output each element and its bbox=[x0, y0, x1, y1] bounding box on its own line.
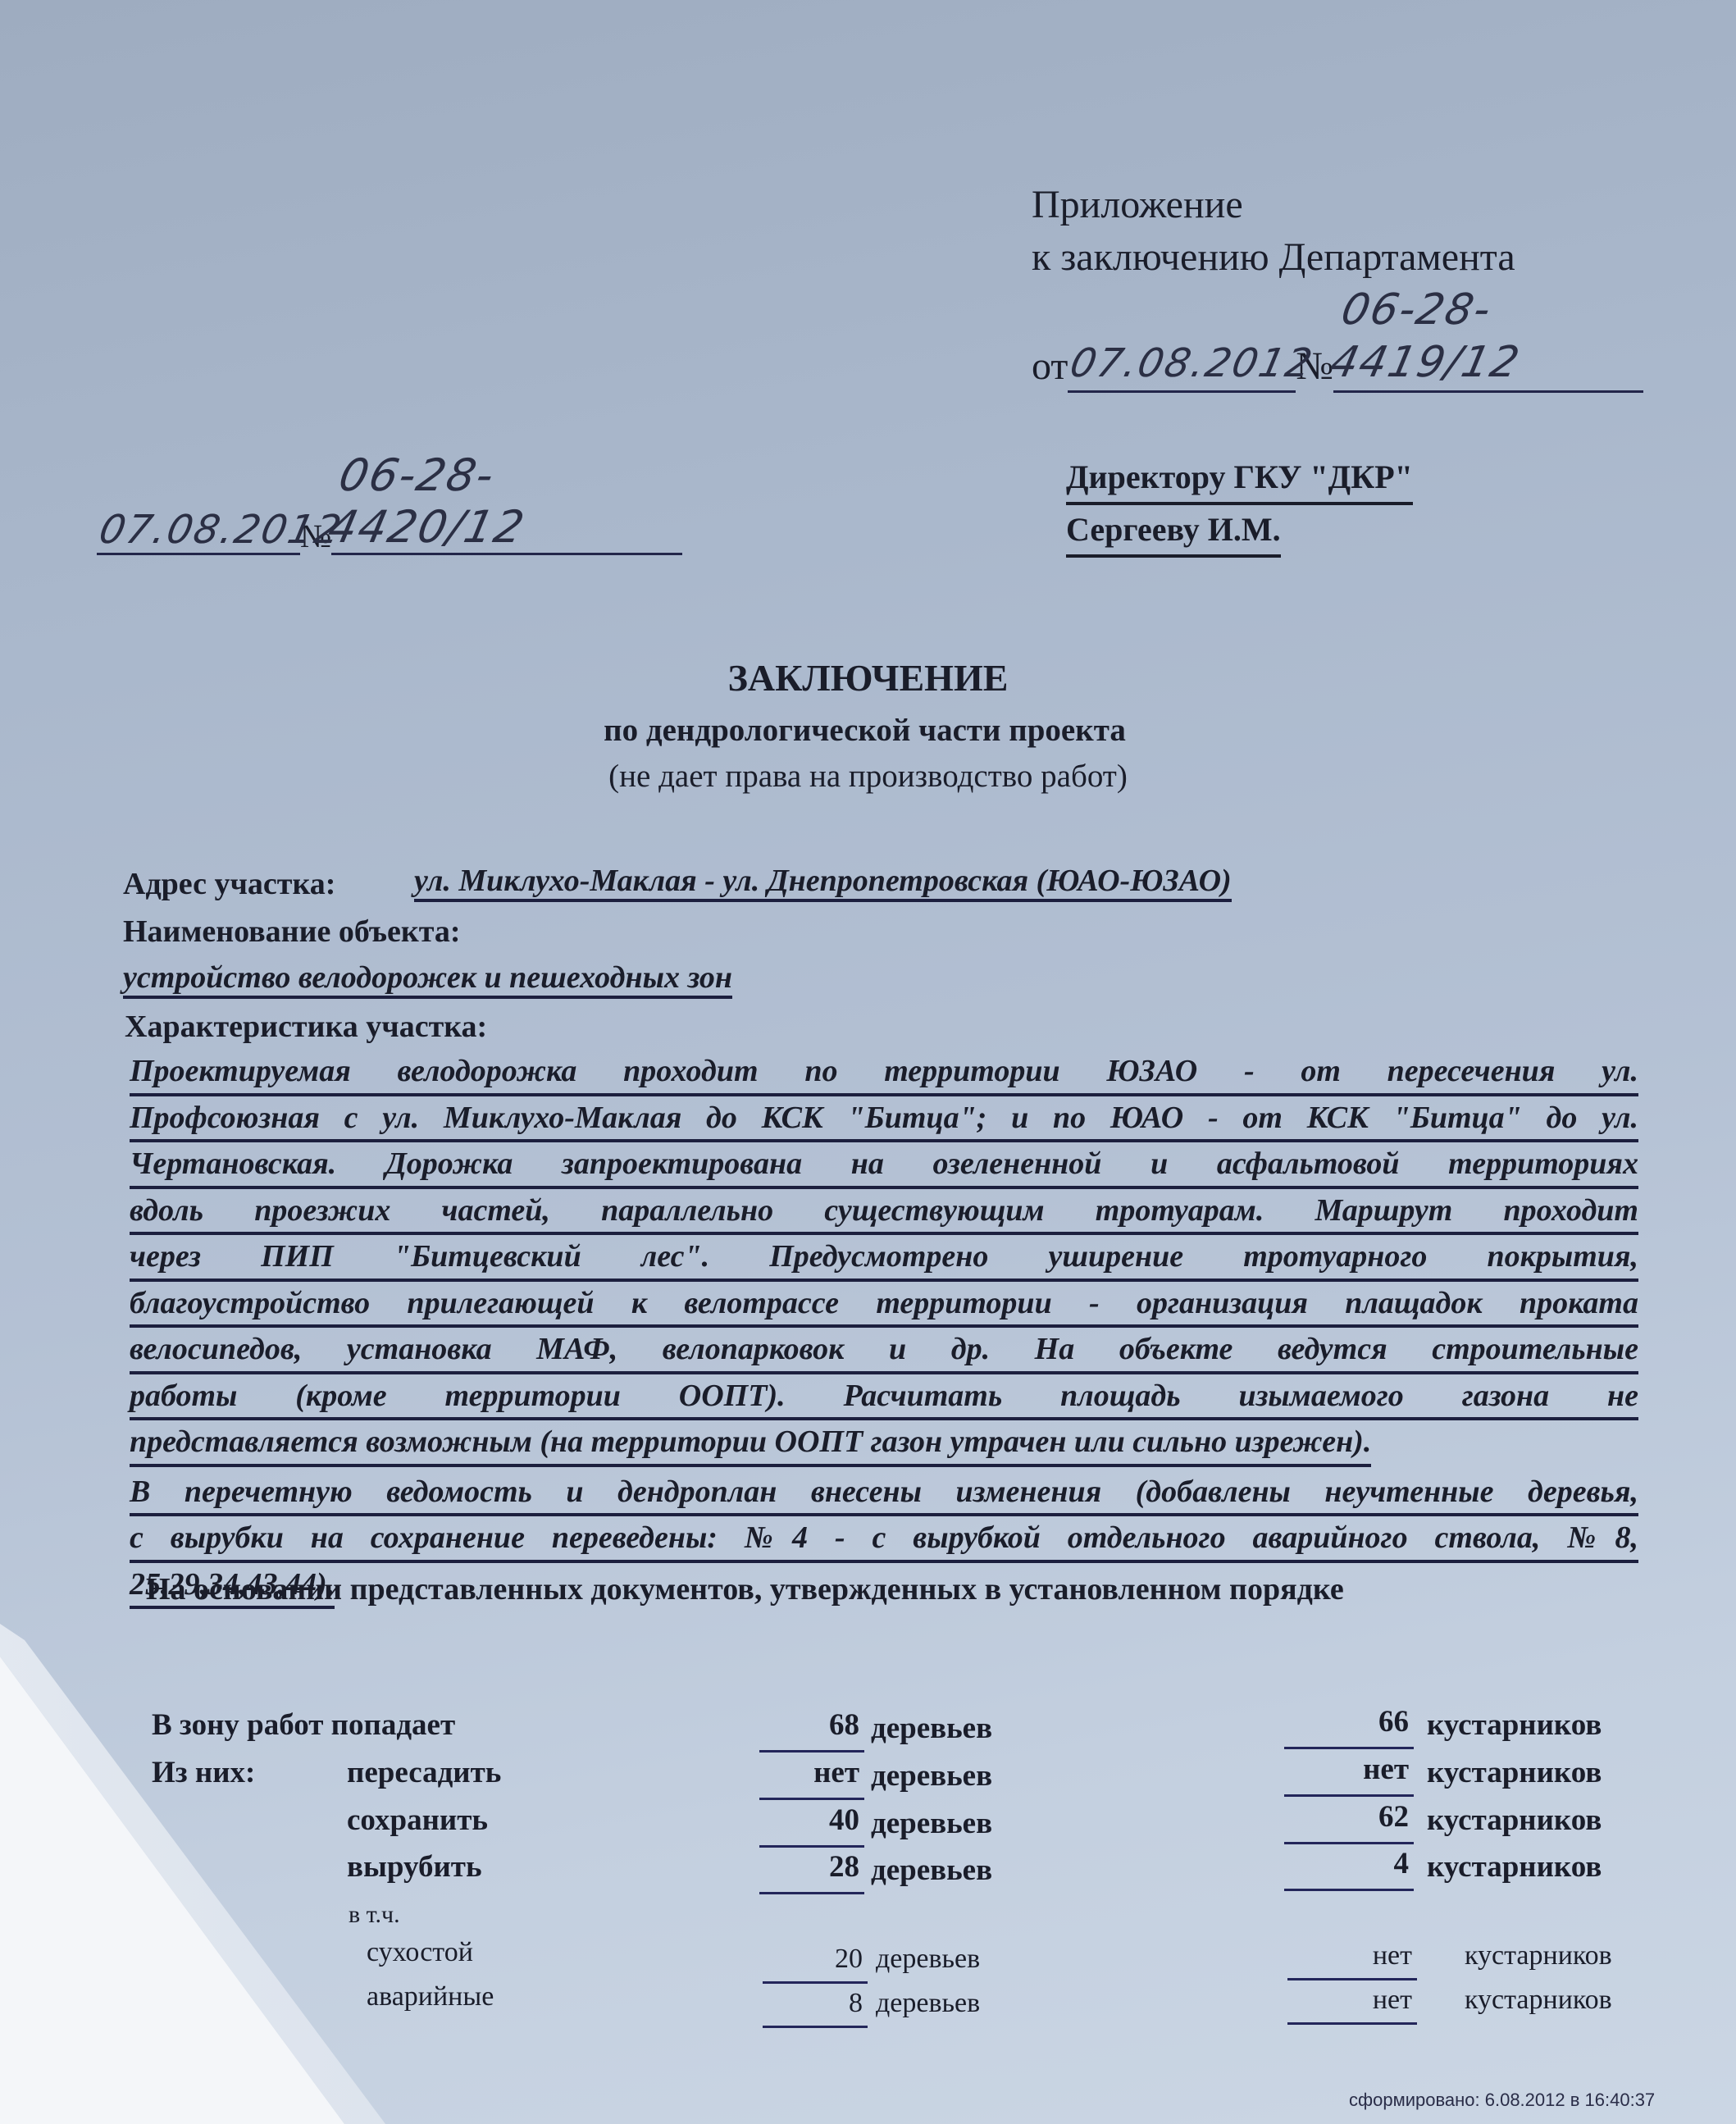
document-title: ЗАКЛЮЧЕНИЕ bbox=[0, 656, 1736, 700]
shrubs-unit: кустарников bbox=[1465, 1940, 1612, 1971]
summary-subrow-label: сухостой bbox=[367, 1937, 473, 1968]
basis-statement: На основании представленных документов, … bbox=[146, 1571, 1344, 1607]
outgoing-number-handwritten: 06-28-4420/12 bbox=[324, 449, 690, 553]
trees-count: 40 bbox=[759, 1803, 864, 1848]
summary-row-label: сохранить bbox=[347, 1803, 488, 1838]
appendix-number-field: 06-28-4419/12 bbox=[1333, 284, 1643, 393]
including-label: в т.ч. bbox=[349, 1901, 400, 1929]
changes-line: с вырубки на сохранение переведены: №4 -… bbox=[130, 1516, 1638, 1563]
characteristics-label: Характеристика участка: bbox=[125, 1009, 487, 1045]
trees-unit: деревьев bbox=[871, 1758, 992, 1794]
summary-row-label: пересадить bbox=[347, 1755, 501, 1790]
characteristics-line: вдоль проезжих частей, параллельно сущес… bbox=[130, 1189, 1638, 1236]
object-label: Наименование объекта: bbox=[123, 914, 461, 950]
shrubs-count: нет bbox=[1287, 1985, 1417, 2025]
appendix-line-1: Приложение bbox=[1032, 179, 1643, 231]
trees-unit: деревьев bbox=[876, 1988, 980, 2019]
trees-count: 28 bbox=[759, 1849, 864, 1894]
address-label: Адрес участка: bbox=[123, 866, 335, 902]
shrubs-count: 62 bbox=[1284, 1799, 1414, 1844]
outgoing-date-field: 07.08.2012 bbox=[97, 507, 300, 555]
shrubs-count: 66 bbox=[1284, 1704, 1414, 1749]
document-subtitle: по дендрологической части проекта bbox=[0, 712, 1733, 749]
appendix-from-prefix: от bbox=[1032, 340, 1068, 393]
characteristics-line: велосипедов, установка МАФ, велопарковок… bbox=[130, 1328, 1638, 1374]
appendix-block: Приложение к заключению Департамента от … bbox=[1032, 179, 1643, 393]
characteristics-line: Профсоюзная с ул. Миклухо-Маклая до КСК … bbox=[130, 1096, 1638, 1143]
object-value: устройство велодорожек и пешеходных зон bbox=[123, 959, 732, 999]
address-value-wrap: ул. Миклухо-Маклая - ул. Днепропетровска… bbox=[414, 863, 1232, 902]
appendix-line-2: к заключению Департамента bbox=[1032, 231, 1643, 284]
shrubs-unit: кустарников bbox=[1427, 1803, 1602, 1838]
summary-subrow-label: аварийные bbox=[367, 1981, 494, 2012]
appendix-date-handwritten: 07.08.2012 bbox=[1066, 337, 1319, 390]
trees-count: нет bbox=[759, 1755, 864, 1800]
trees-count: 68 bbox=[759, 1707, 864, 1753]
document-note: (не дает права на производство работ) bbox=[0, 758, 1736, 795]
addressee-name: Сергееву И.М. bbox=[1066, 505, 1281, 558]
trees-unit: деревьев bbox=[871, 1806, 992, 1841]
trees-unit: деревьев bbox=[876, 1944, 980, 1975]
appendix-date-field: 07.08.2012 bbox=[1068, 337, 1296, 393]
object-value-wrap: устройство велодорожек и пешеходных зон bbox=[123, 959, 732, 999]
characteristics-line: Проектируемая велодорожка проходит по те… bbox=[130, 1050, 1638, 1096]
changes-line: В перечетную ведомость и дендроплан внес… bbox=[130, 1470, 1638, 1517]
of-them-label: Из них: bbox=[152, 1755, 255, 1790]
characteristics-line: представляется возможным (на территории … bbox=[130, 1420, 1371, 1467]
addressee-position: Директору ГКУ "ДКР" bbox=[1066, 453, 1413, 505]
address-value: ул. Миклухо-Маклая - ул. Днепропетровска… bbox=[414, 863, 1232, 902]
trees-count: 20 bbox=[763, 1944, 868, 1984]
characteristics-text: Проектируемая велодорожка проходит по те… bbox=[130, 1050, 1638, 1609]
shrubs-unit: кустарников bbox=[1427, 1755, 1602, 1790]
trees-count: 8 bbox=[763, 1988, 868, 2028]
shrubs-count: 4 bbox=[1284, 1846, 1414, 1891]
summary-row-label: вырубить bbox=[347, 1849, 482, 1885]
shrubs-unit: кустарников bbox=[1427, 1707, 1602, 1743]
appendix-reference: от 07.08.2012 № 06-28-4419/12 bbox=[1032, 284, 1643, 393]
characteristics-line: работы (кроме территории ООПТ). Расчитат… bbox=[130, 1374, 1638, 1421]
characteristics-line: Чертановская. Дорожка запроектирована на… bbox=[130, 1142, 1638, 1189]
generated-timestamp: сформировано: 6.08.2012 в 16:40:37 bbox=[1349, 2090, 1655, 2111]
shrubs-unit: кустарников bbox=[1465, 1985, 1612, 2016]
trees-unit: деревьев bbox=[871, 1853, 992, 1888]
addressee-block: Директору ГКУ "ДКР" Сергееву И.М. bbox=[1066, 453, 1413, 558]
shrubs-unit: кустарников bbox=[1427, 1849, 1602, 1885]
summary-row-label: В зону работ попадает bbox=[152, 1707, 455, 1743]
characteristics-line: через ПИП "Битцевский лес". Предусмотрен… bbox=[130, 1235, 1638, 1282]
characteristics-line: благоустройство прилегающей к велотрассе… bbox=[130, 1282, 1638, 1329]
shrubs-count: нет bbox=[1284, 1752, 1414, 1797]
outgoing-reference: 07.08.2012 № 06-28-4420/12 bbox=[97, 449, 682, 555]
appendix-number-handwritten: 06-28-4419/12 bbox=[1326, 284, 1652, 389]
trees-unit: деревьев bbox=[871, 1711, 992, 1746]
outgoing-number-field: 06-28-4420/12 bbox=[331, 449, 682, 555]
outgoing-date-handwritten: 07.08.2012 bbox=[95, 507, 347, 553]
shrubs-count: нет bbox=[1287, 1940, 1417, 1980]
